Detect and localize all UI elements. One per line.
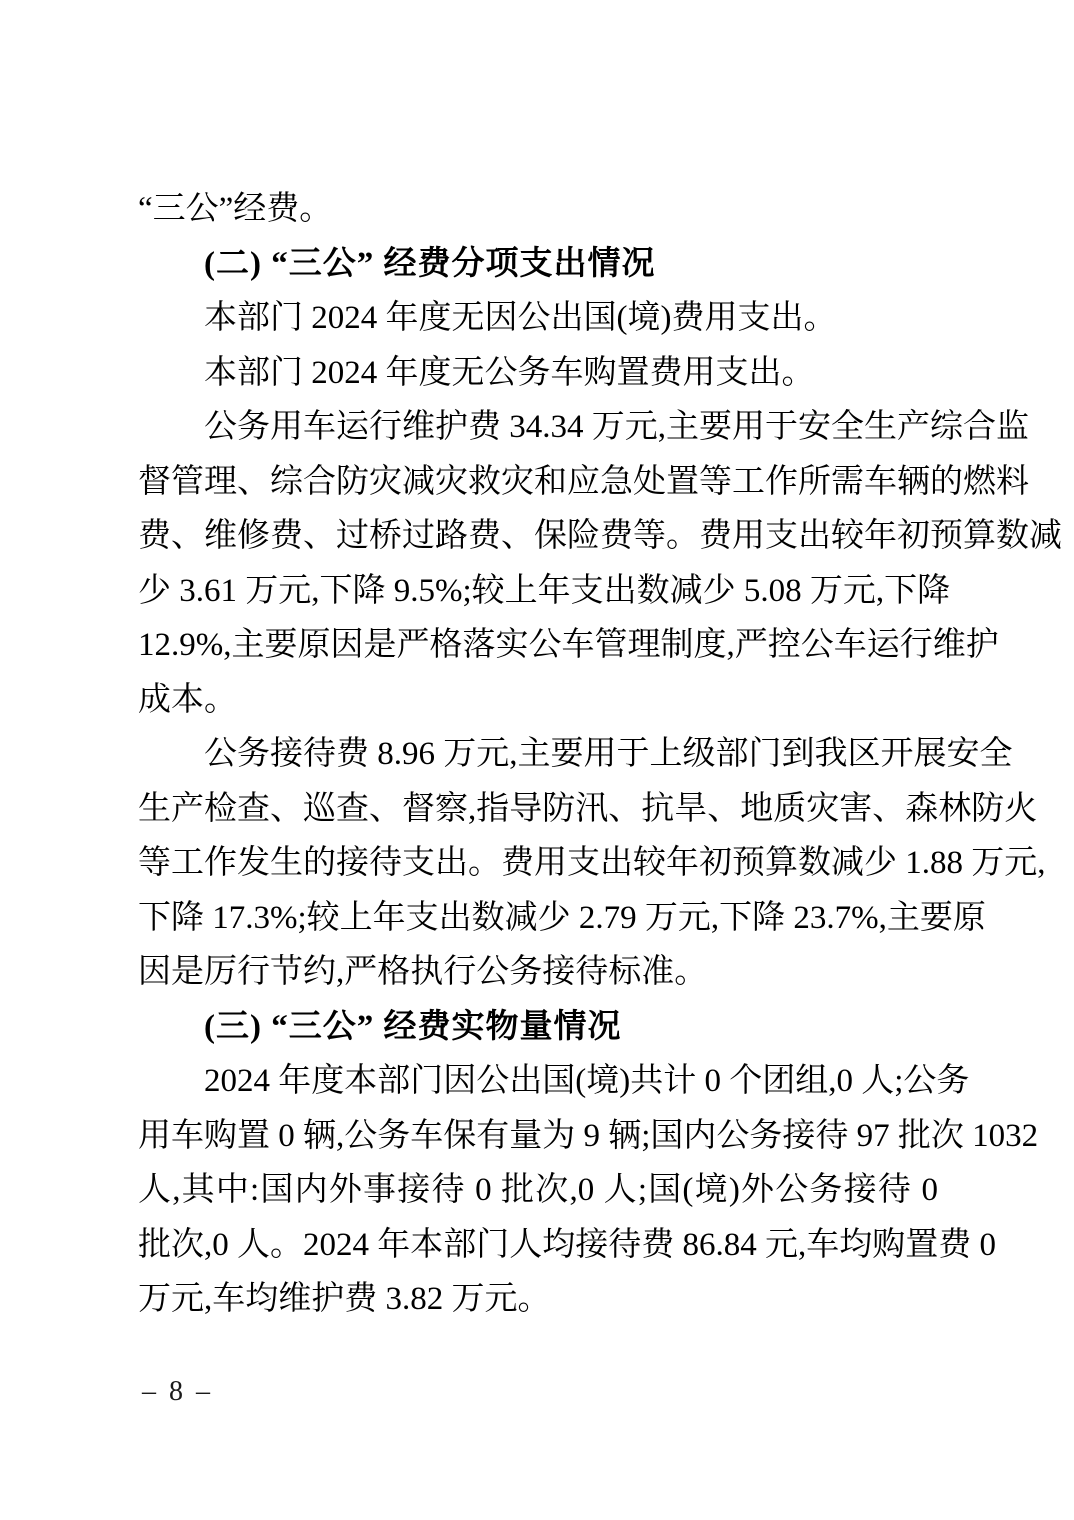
text-line: 成本。: [138, 673, 938, 728]
text-line: 万元,车均维护费 3.82 万元。: [138, 1272, 938, 1327]
text-line: 等工作发生的接待支出。费用支出较年初预算数减少 1.88 万元,: [138, 836, 938, 891]
text-line: 因是厉行节约,严格执行公务接待标准。: [138, 945, 938, 1000]
text-line: 费、维修费、过桥过路费、保险费等。费用支出较年初预算数减: [138, 509, 938, 564]
text-line: (三) “三公” 经费实物量情况: [138, 1000, 938, 1055]
document-content: “三公”经费。(二) “三公” 经费分项支出情况本部门 2024 年度无因公出国…: [138, 182, 938, 1327]
para-continued-from-previous-page: “三公”经费。: [138, 182, 938, 237]
text-line: (二) “三公” 经费分项支出情况: [138, 237, 938, 292]
text-line: 批次,0 人。2024 年本部门人均接待费 86.84 元,车均购置费 0: [138, 1218, 938, 1273]
heading-section-3: (三) “三公” 经费实物量情况: [138, 1000, 938, 1055]
text-line: 公务用车运行维护费 34.34 万元,主要用于安全生产综合监: [138, 400, 938, 455]
text-line: 2024 年度本部门因公出国(境)共计 0 个团组,0 人;公务: [138, 1054, 938, 1109]
document-page: “三公”经费。(二) “三公” 经费分项支出情况本部门 2024 年度无因公出国…: [0, 0, 1074, 1520]
text-line: 督管理、综合防灾减灾救灾和应急处置等工作所需车辆的燃料: [138, 455, 938, 510]
text-line: 12.9%,主要原因是严格落实公车管理制度,严控公车运行维护: [138, 618, 938, 673]
para-vehicle-maintenance-expense: 公务用车运行维护费 34.34 万元,主要用于安全生产综合监督管理、综合防灾减灾…: [138, 400, 938, 727]
text-line: 本部门 2024 年度无因公出国(境)费用支出。: [138, 291, 938, 346]
text-line: 用车购置 0 辆,公务车保有量为 9 辆;国内公务接待 97 批次 1032: [138, 1109, 938, 1164]
page-number: – 8 –: [142, 1372, 213, 1412]
text-line: 少 3.61 万元,下降 9.5%;较上年支出数减少 5.08 万元,下降: [138, 564, 938, 619]
text-line: “三公”经费。: [138, 182, 938, 237]
text-line: 下降 17.3%;较上年支出数减少 2.79 万元,下降 23.7%,主要原: [138, 891, 938, 946]
para-physical-quantity: 2024 年度本部门因公出国(境)共计 0 个团组,0 人;公务用车购置 0 辆…: [138, 1054, 938, 1327]
para-official-reception-expense: 公务接待费 8.96 万元,主要用于上级部门到我区开展安全生产检查、巡查、督察,…: [138, 727, 938, 1000]
para-no-vehicle-purchase-expense: 本部门 2024 年度无公务车购置费用支出。: [138, 346, 938, 401]
text-line: 本部门 2024 年度无公务车购置费用支出。: [138, 346, 938, 401]
heading-section-2: (二) “三公” 经费分项支出情况: [138, 237, 938, 292]
text-line: 人,其中:国内外事接待 0 批次,0 人;国(境)外公务接待 0: [138, 1163, 938, 1218]
text-line: 生产检查、巡查、督察,指导防汛、抗旱、地质灾害、森林防火: [138, 782, 938, 837]
text-line: 公务接待费 8.96 万元,主要用于上级部门到我区开展安全: [138, 727, 938, 782]
para-no-abroad-expense: 本部门 2024 年度无因公出国(境)费用支出。: [138, 291, 938, 346]
